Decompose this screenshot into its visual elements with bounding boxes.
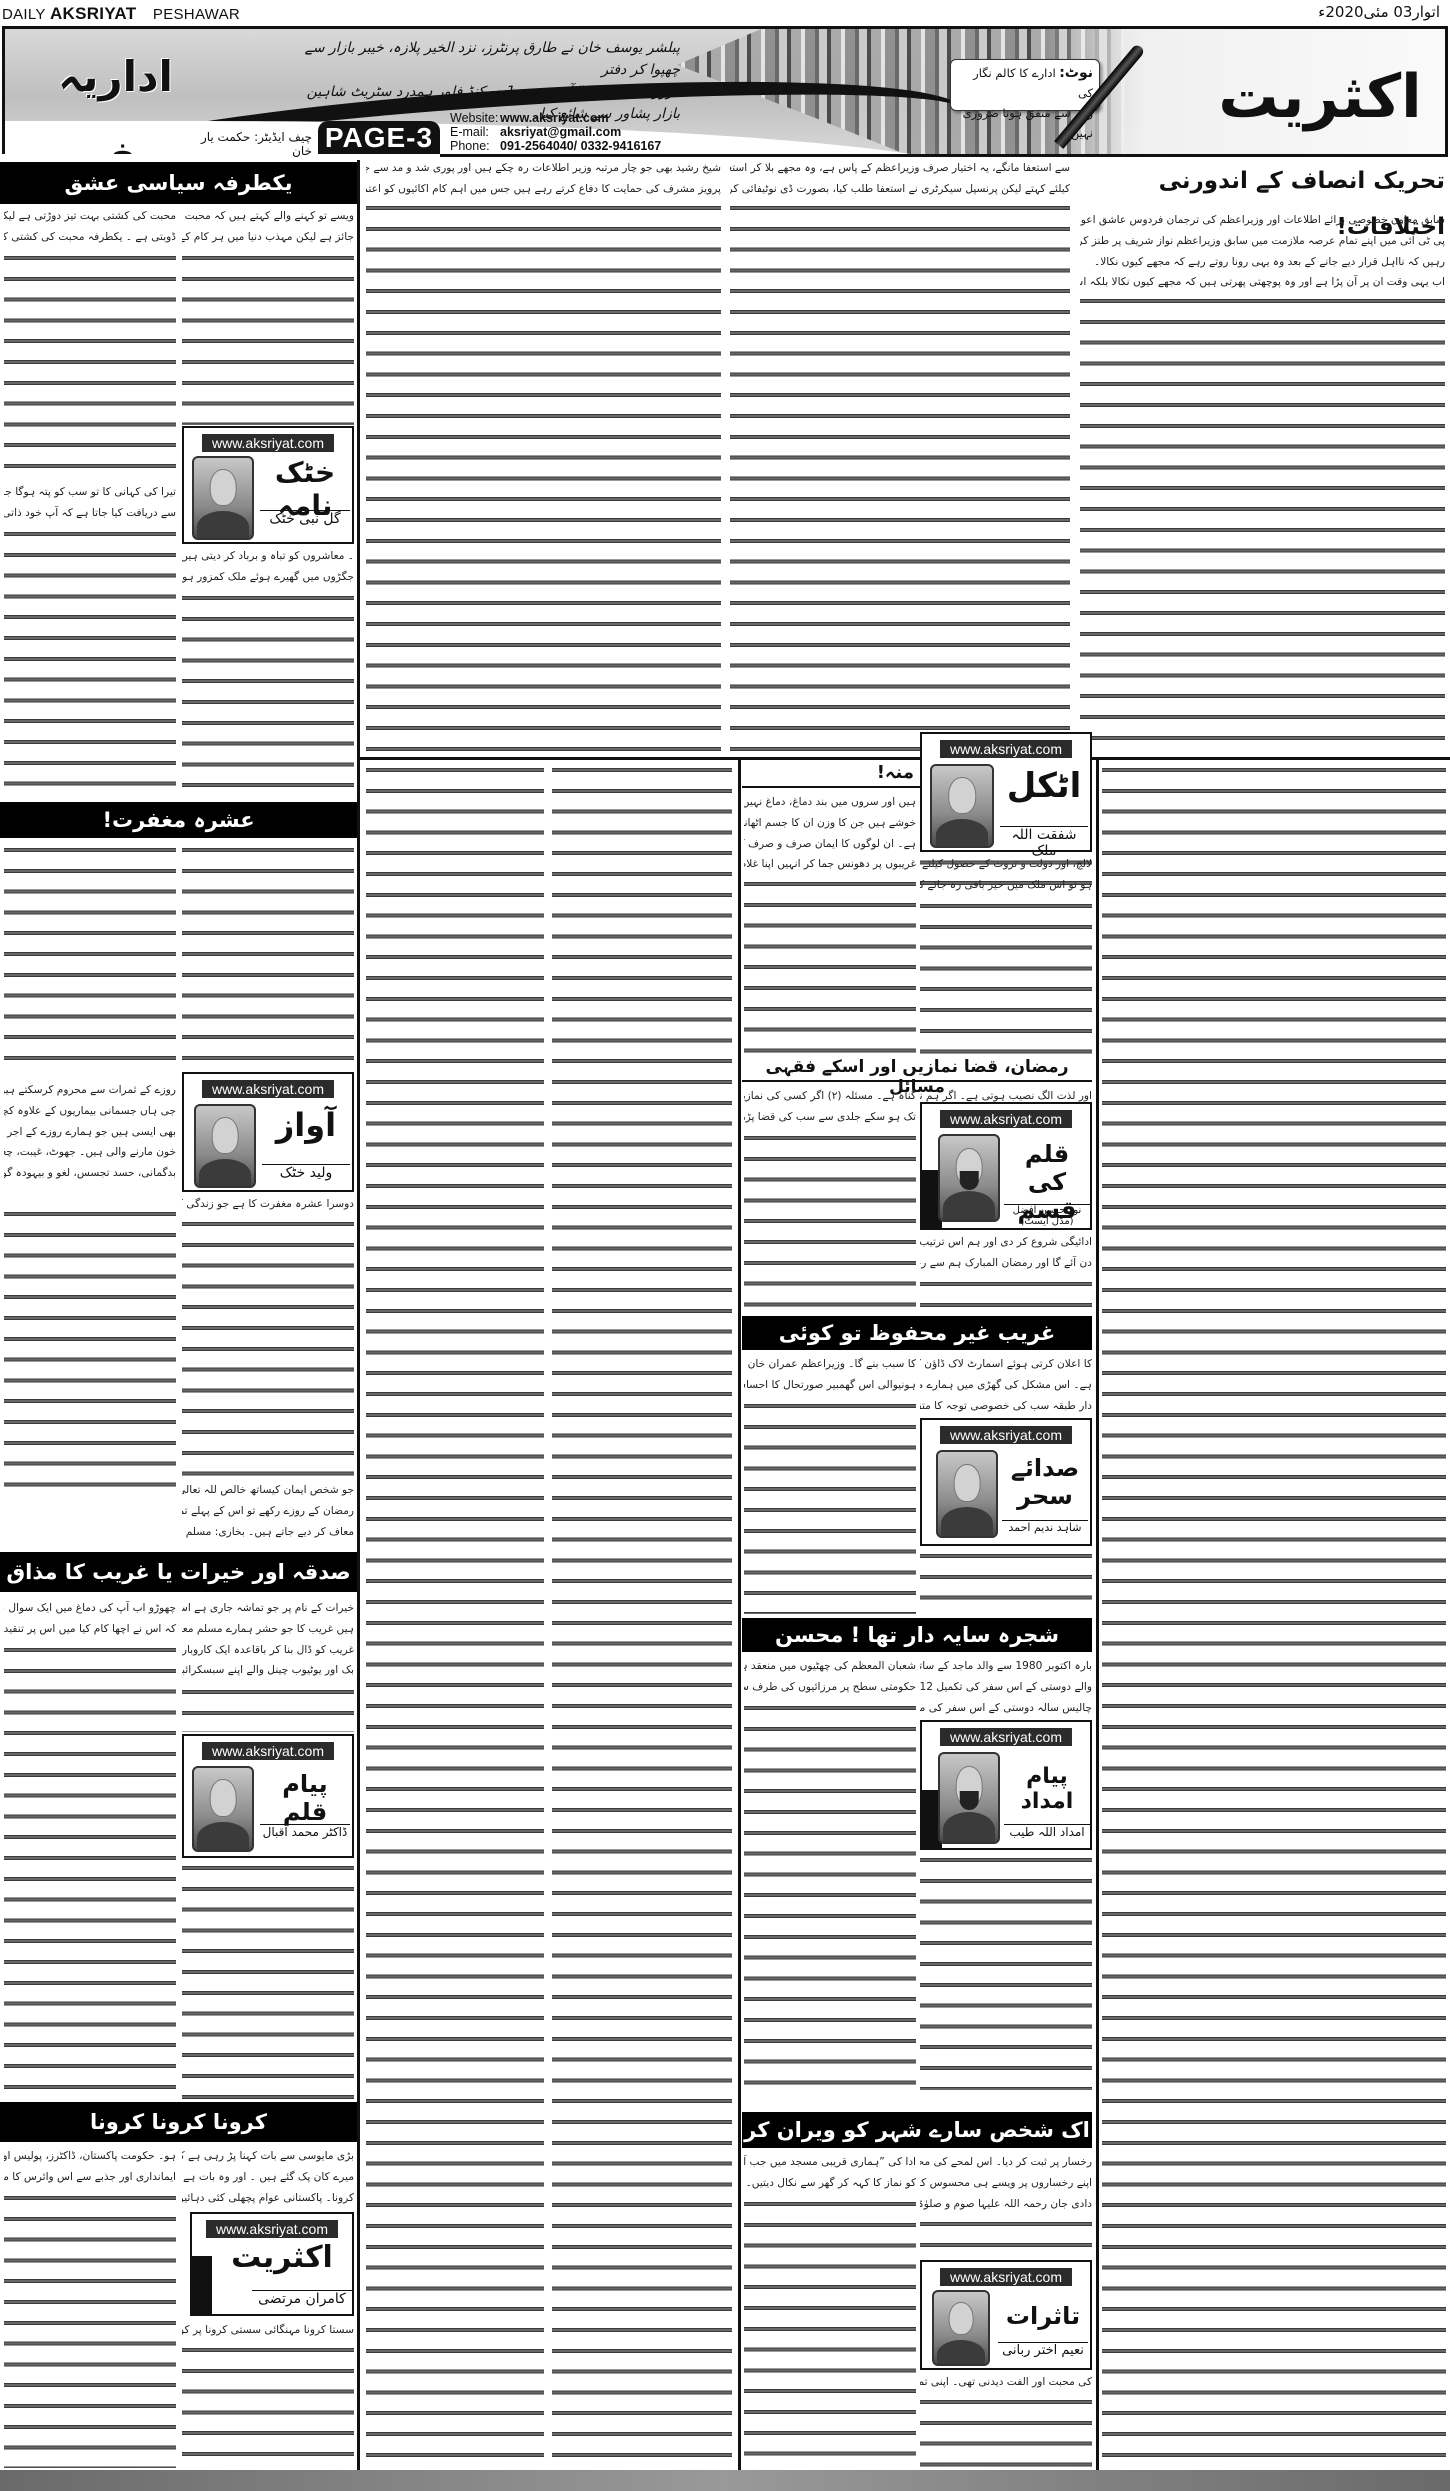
column-heading: یکطرفہ سیاسی عشق xyxy=(0,162,357,204)
author-byline: ولید خٹک xyxy=(262,1164,350,1181)
brand-name: AKSRIYAT xyxy=(50,4,136,23)
author-card: www.aksriyat.com پیام قلم ڈاکٹر محمد اقب… xyxy=(182,1734,354,1858)
author-photo xyxy=(192,1766,254,1852)
column-heading: شجرہ سایہ دار تھا ! محسن xyxy=(742,1618,1092,1652)
disclaimer-note: نوٹ: ادارے کا کالم نگار کی رائے سے متفق … xyxy=(950,59,1100,111)
author-card: www.aksriyat.com قلم کی قسم نور حسین افض… xyxy=(920,1102,1092,1230)
column-name: اٹکل xyxy=(1000,766,1088,806)
page-number-badge: PAGE-3 xyxy=(318,121,440,154)
aksriyat-logo: اکثریت xyxy=(1205,47,1435,147)
author-url[interactable]: www.aksriyat.com xyxy=(202,1742,334,1760)
author-card: www.aksriyat.com آواز ولید خٹک xyxy=(182,1072,354,1192)
author-byline: کامران مرتضی xyxy=(252,2290,352,2307)
newspaper-brand: DAILY AKSRIYAT PESHAWAR xyxy=(2,4,240,24)
contact-info: Website:www.aksriyat.com E-mail:aksriyat… xyxy=(450,111,661,153)
author-byline: امداد اللہ طیب xyxy=(1004,1824,1090,1839)
page-footer-bar xyxy=(0,2470,1450,2491)
author-url[interactable]: www.aksriyat.com xyxy=(202,434,334,452)
column-name: پیام قلم xyxy=(260,1770,350,1826)
author-url[interactable]: www.aksriyat.com xyxy=(940,740,1072,758)
author-card: www.aksriyat.com خٹک نامہ گل نبی خٹک xyxy=(182,426,354,544)
author-byline: نور حسین افضل (مڈل ایسٹ) xyxy=(1004,1204,1090,1227)
author-byline: شاہد ندیم احمد xyxy=(1002,1520,1088,1534)
author-photo xyxy=(938,1752,1000,1844)
author-card: www.aksriyat.com صدائے سحر شاہد ندیم احم… xyxy=(920,1418,1092,1546)
website-link[interactable]: www.aksriyat.com xyxy=(500,111,609,125)
column-heading: کرونا کرونا کرونا xyxy=(0,2102,357,2142)
column-heading: رمضان، قضا نمازیں اور اسکے فقہی مسائل xyxy=(742,1056,1092,1082)
section-title: اداریہ صفحہ xyxy=(13,37,218,117)
author-byline: نعیم اختر ربانی xyxy=(998,2342,1088,2358)
author-card: www.aksriyat.com اٹکل شفقت اللہ ملک xyxy=(920,732,1092,852)
section-divider xyxy=(360,757,1450,760)
author-url[interactable]: www.aksriyat.com xyxy=(202,1080,334,1098)
author-card: www.aksriyat.com پیام امداد امداد اللہ ط… xyxy=(920,1720,1092,1850)
email-link[interactable]: aksriyat@gmail.com xyxy=(500,125,621,139)
author-photo xyxy=(194,1104,256,1188)
author-url[interactable]: www.aksriyat.com xyxy=(940,2268,1072,2286)
top-strip: DAILY AKSRIYAT PESHAWAR اتوار03 مئی2020ء xyxy=(0,0,1450,24)
author-photo xyxy=(192,456,254,540)
column-heading: اک شخص سارے شہر کو ویران کر گیا xyxy=(742,2112,1092,2148)
author-url[interactable]: www.aksriyat.com xyxy=(940,1110,1072,1128)
author-photo xyxy=(936,1450,998,1538)
editorial-title: تحریک انصاف کے اندورنی اختلافات! xyxy=(1080,158,1445,208)
column-name: آواز xyxy=(262,1106,350,1144)
column-name: صدائے سحر xyxy=(1002,1454,1088,1510)
column-divider xyxy=(357,160,360,2470)
aksriyat-logo: اکثریت xyxy=(212,2240,352,2275)
author-card: www.aksriyat.com تاثرات نعیم اختر ربانی xyxy=(920,2260,1092,2370)
column-name: تاثرات xyxy=(998,2302,1088,2330)
column-divider xyxy=(738,760,741,2470)
author-photo xyxy=(930,764,994,848)
column-heading: عشرہ مغفرت! xyxy=(0,802,357,838)
brand-city: PESHAWAR xyxy=(153,6,240,23)
column-name: پیام امداد xyxy=(1004,1764,1090,1814)
chief-editor: چیف ایڈیٹر: حکمت یار خان xyxy=(200,130,312,158)
column-heading: صدقہ اور خیرات یا غریب کا مذاق xyxy=(0,1552,357,1592)
brand-prefix: DAILY xyxy=(2,6,45,23)
issue-date: اتوار03 مئی2020ء xyxy=(1318,3,1440,21)
column-divider xyxy=(1096,760,1099,2470)
author-byline: ڈاکٹر محمد اقبال xyxy=(260,1824,350,1839)
author-url[interactable]: www.aksriyat.com xyxy=(206,2220,338,2238)
phone-number: 091-2564040/ 0332-9416167 xyxy=(500,139,661,153)
column-heading: غریب غیر محفوظ تو کوئی محفوظ نہیں! xyxy=(742,1316,1092,1350)
author-photo xyxy=(938,1134,1000,1222)
author-url[interactable]: www.aksriyat.com xyxy=(940,1426,1072,1444)
author-url[interactable]: www.aksriyat.com xyxy=(940,1728,1072,1746)
author-byline: گل نبی خٹک xyxy=(260,510,350,527)
author-photo xyxy=(932,2290,990,2366)
author-card: www.aksriyat.com اکثریت کامران مرتضی xyxy=(190,2212,354,2316)
